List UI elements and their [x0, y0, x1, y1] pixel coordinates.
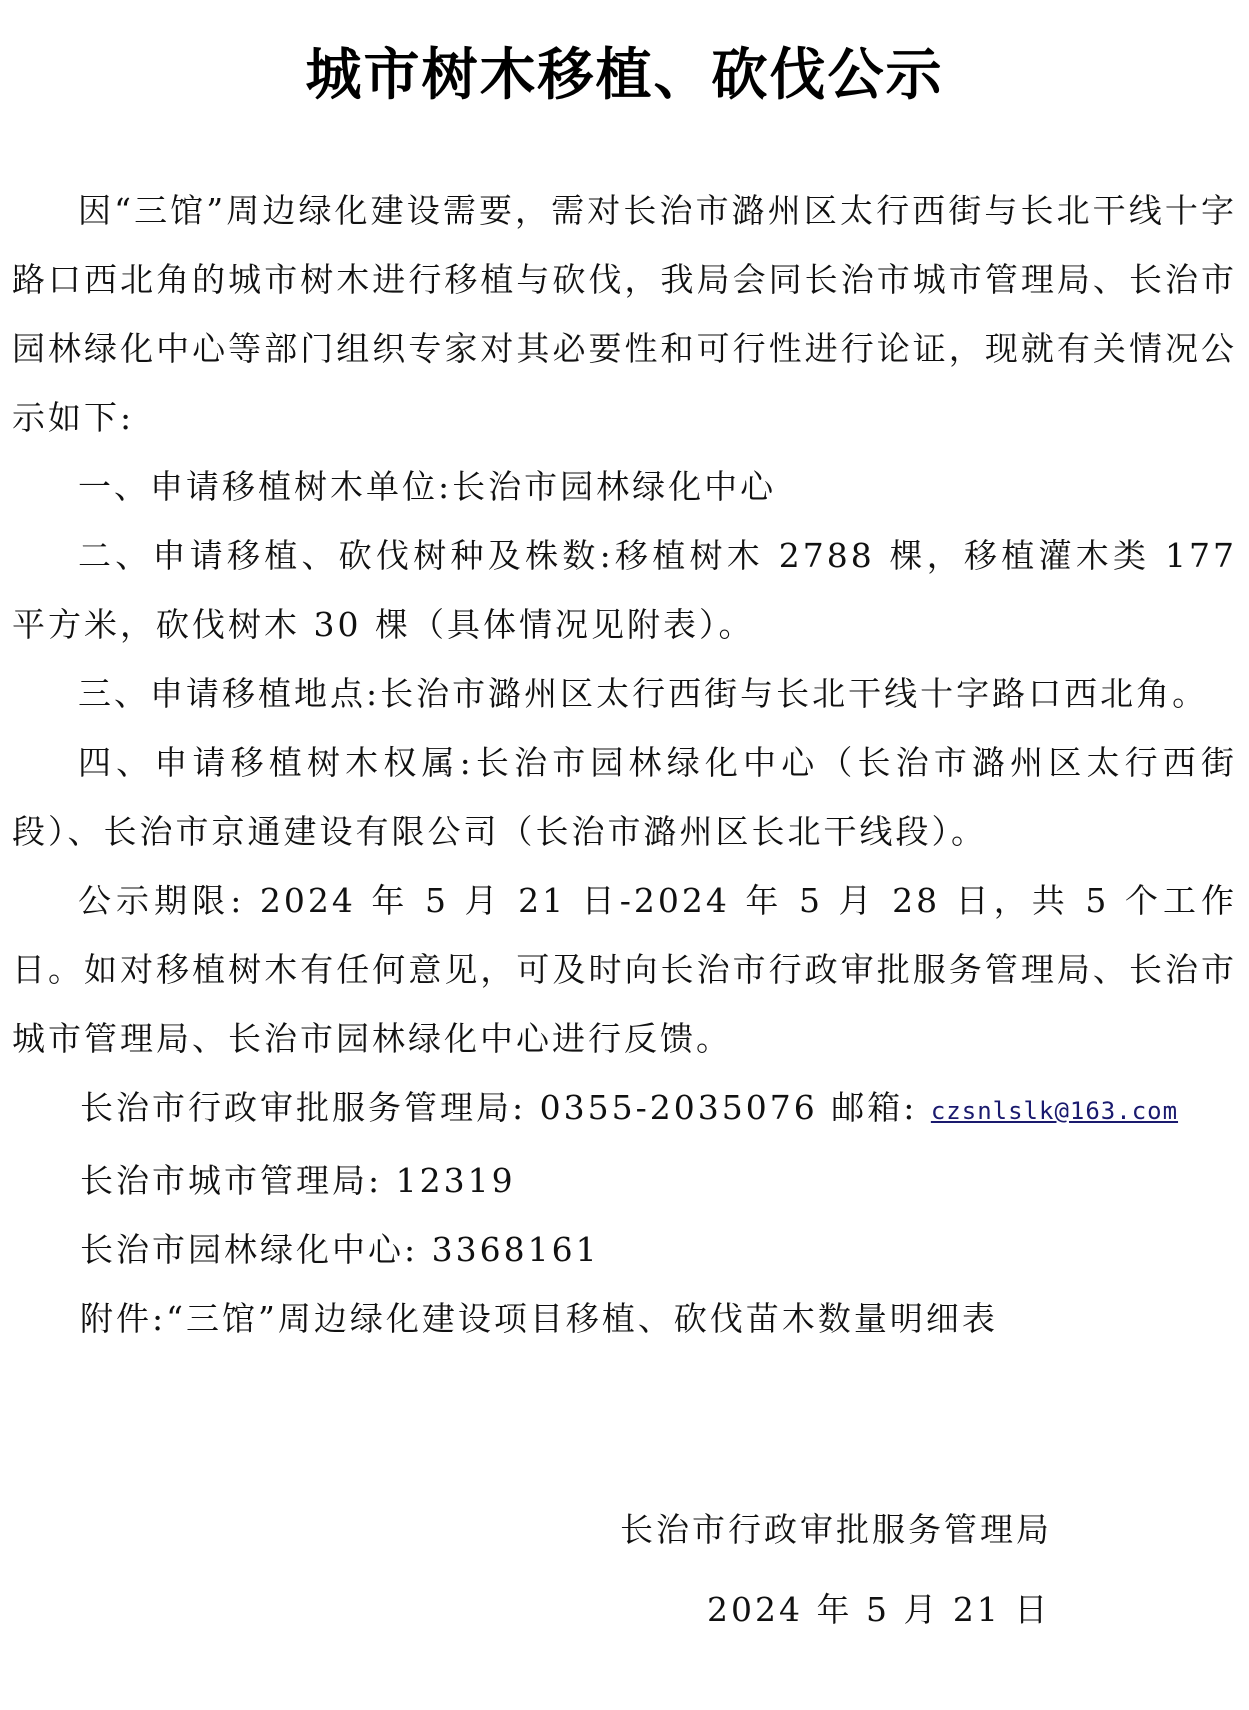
email-label: 邮箱: [831, 1088, 917, 1127]
contact-phone: 12319 [396, 1161, 516, 1200]
item-4: 四、申请移植树木权属:长治市园林绿化中心（长治市潞州区太行西街段）、长治市京通建… [12, 728, 1237, 866]
item-2-label: 二、申请移植、砍伐树种及株数: [78, 536, 614, 575]
item-1: 一、申请移植树木单位:长治市园林绿化中心 [12, 452, 1237, 521]
contact-org: 长治市城市管理局: [80, 1161, 382, 1200]
item-1-label: 一、申请移植树木单位: [78, 467, 452, 506]
item-1-value: 长治市园林绿化中心 [452, 467, 776, 506]
contact-landscaping-center: 长治市园林绿化中心: 3368161 [12, 1215, 1237, 1284]
email-link[interactable]: czsnlslk@163.com [931, 1097, 1178, 1125]
item-2: 二、申请移植、砍伐树种及株数:移植树木 2788 棵，移植灌木类 177 平方米… [12, 521, 1237, 659]
document-title: 城市树木移植、砍伐公示 [0, 36, 1249, 116]
contact-phone: 3368161 [432, 1230, 600, 1269]
contact-city-management: 长治市城市管理局: 12319 [12, 1146, 1237, 1215]
intro-paragraph: 因“三馆”周边绿化建设需要，需对长治市潞州区太行西街与长北干线十字路口西北角的城… [12, 176, 1237, 452]
item-3-label: 三、申请移植地点: [78, 674, 380, 713]
item-4-label: 四、申请移植树木权属: [78, 743, 474, 782]
contact-approval-bureau: 长治市行政审批服务管理局: 0355-2035076 邮箱: czsnlslk@… [12, 1073, 1237, 1146]
contact-phone: 0355-2035076 [540, 1088, 818, 1127]
signature: 长治市行政审批服务管理局 [620, 1510, 1052, 1550]
document-body: 因“三馆”周边绿化建设需要，需对长治市潞州区太行西街与长北干线十字路口西北角的城… [12, 176, 1237, 1353]
contact-org: 长治市行政审批服务管理局: [80, 1088, 526, 1127]
signature-date: 2024 年 5 月 21 日 [707, 1590, 1050, 1630]
item-3: 三、申请移植地点:长治市潞州区太行西街与长北干线十字路口西北角。 [12, 659, 1237, 728]
item-3-value: 长治市潞州区太行西街与长北干线十字路口西北角。 [380, 674, 1208, 713]
period-paragraph: 公示期限: 2024 年 5 月 21 日-2024 年 5 月 28 日，共 … [12, 866, 1237, 1073]
contact-org: 长治市园林绿化中心: [80, 1230, 418, 1269]
attachment-line: 附件:“三馆”周边绿化建设项目移植、砍伐苗木数量明细表 [12, 1284, 1237, 1353]
